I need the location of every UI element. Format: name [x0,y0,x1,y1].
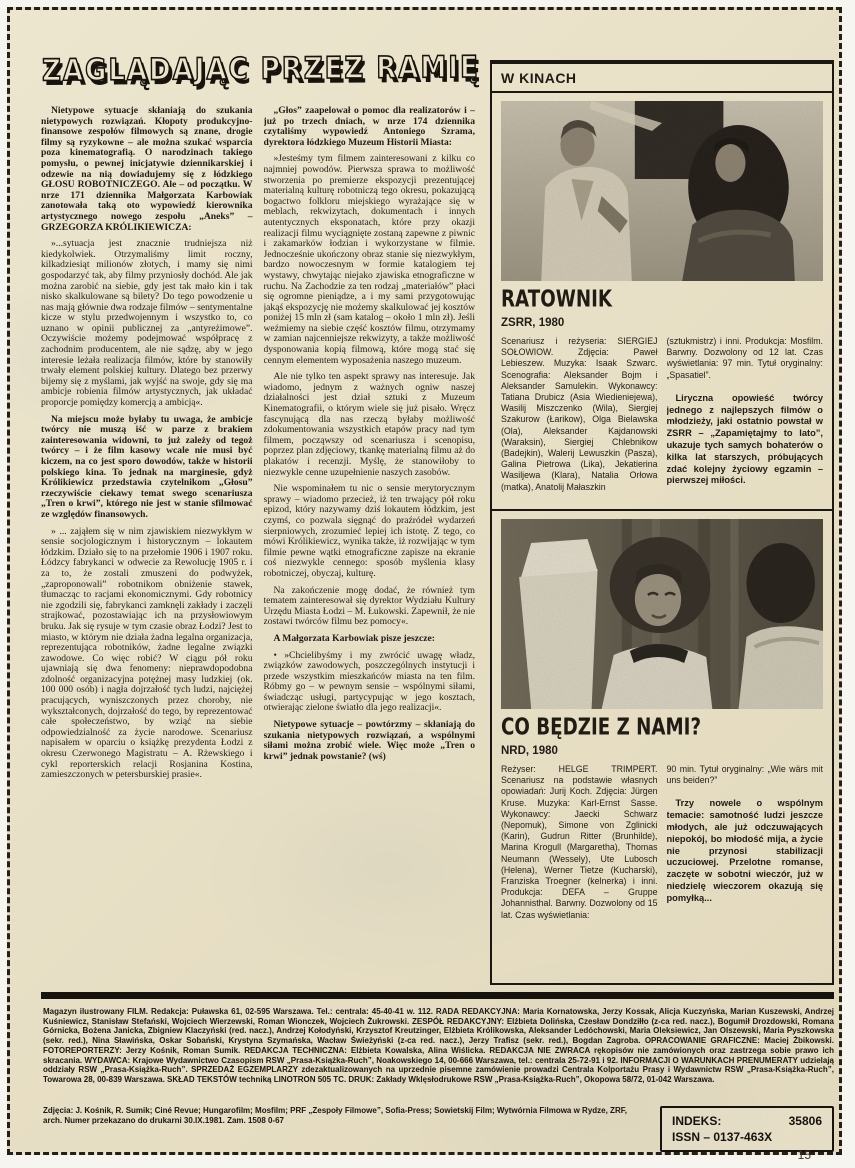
paragraph: Ale nie tylko ten aspekt sprawy nas inte… [264,372,476,478]
page-number: 15 [798,1148,811,1162]
paragraph: Nietypowe sytuacje – powtórzmy – skłania… [264,720,476,762]
paragraph: A Małgorzata Karbowiak pisze jeszcze: [264,634,476,645]
film-origin: ZSRR, 1980 [501,317,823,329]
w-kinach-sidebar: W KINACH [490,60,834,985]
magazine-page: ZAGLĄDAJĄC PRZEZ RAMIĘ Nietypowe sytuacj… [0,0,855,1168]
film-origin: NRD, 1980 [501,745,823,757]
film-still-photo [501,519,823,709]
w-kinach-header: W KINACH [492,60,832,93]
issn-label: ISSN – 0137-463X [672,1129,772,1145]
film-credits: 90 min. Tytuł oryginalny: „Wie wärs mit … [667,764,824,786]
indeks-label: INDEKS: [672,1113,721,1129]
photo-credits: Zdjęcia: J. Kośnik, R. Sumik; Ciné Revue… [43,1106,642,1152]
paragraph: Nietypowe sytuacje skłaniają do szukania… [41,106,253,233]
page-title: ZAGLĄDAJĄC PRZEZ RAMIĘ [42,51,462,89]
indeks-value: 35806 [789,1113,822,1129]
paragraph: Nie wspominałem tu nic o sensie merytory… [264,484,476,579]
bottom-rule [41,992,834,999]
paragraph: Na miejscu może byłaby tu uwaga, że ambi… [41,415,253,521]
article-column-left: Nietypowe sytuacje skłaniają do szukania… [41,106,253,990]
paragraph: • »Chcielibyśmy i my zwrócić uwagę władz… [264,651,476,715]
film-title: CO BĘDZIE Z NAMI? [501,714,810,741]
film-review-co-bedzie: CO BĘDZIE Z NAMI? NRD, 1980 Reżyser: HEL… [492,511,832,980]
film-review-ratownik: RATOWNIK ZSRR, 1980 Scenariusz i reżyser… [492,93,832,511]
paragraph: » ... zająłem się w nim zjawiskiem niezw… [41,527,253,781]
film-credits: (sztukmistrz) i inni. Produkcja: Mosfilm… [667,336,824,381]
film-review-text: Liryczna opowieść twórcy jednego z najle… [667,393,824,487]
paragraph: »...sytuacja jest znacznie trudniejsza n… [41,239,253,409]
paragraph: „Głos” zaapelował o pomoc dla realizator… [264,106,476,148]
paragraph: »Jesteśmy tym filmem zainteresowani z ki… [264,154,476,366]
film-still-photo [501,101,823,281]
film-review-text: Trzy nowele o wspólnym temacie: samotnoś… [667,798,824,904]
article-body: Nietypowe sytuacje skłaniają do szukania… [41,106,475,990]
film-credits: Scenariusz i reżyseria: SIERGIEJ SOŁOWIO… [501,336,658,493]
article-column-right: „Głos” zaapelował o pomoc dla realizator… [264,106,476,990]
credits-column-left: Reżyser: HELGE TRIMPERT. Scenariusz na p… [501,764,658,921]
film-credits: Reżyser: HELGE TRIMPERT. Scenariusz na p… [501,764,658,921]
page-frame: ZAGLĄDAJĄC PRZEZ RAMIĘ Nietypowe sytuacj… [7,7,842,1155]
footer-bottom-row: Zdjęcia: J. Kośnik, R. Sumik; Ciné Revue… [43,1106,834,1152]
credits-column-right: (sztukmistrz) i inni. Produkcja: Mosfilm… [667,336,824,493]
indeks-box: INDEKS: 35806 ISSN – 0137-463X [660,1106,834,1152]
paragraph: Na zakończenie mogę dodać, że również ty… [264,586,476,628]
imprint-text: Magazyn ilustrowany FILM. Redakcja: Puła… [43,1007,834,1085]
credits-column-left: Scenariusz i reżyseria: SIERGIEJ SOŁOWIO… [501,336,658,493]
credits-column-right: 90 min. Tytuł oryginalny: „Wie wärs mit … [667,764,824,921]
film-title: RATOWNIK [501,286,810,313]
